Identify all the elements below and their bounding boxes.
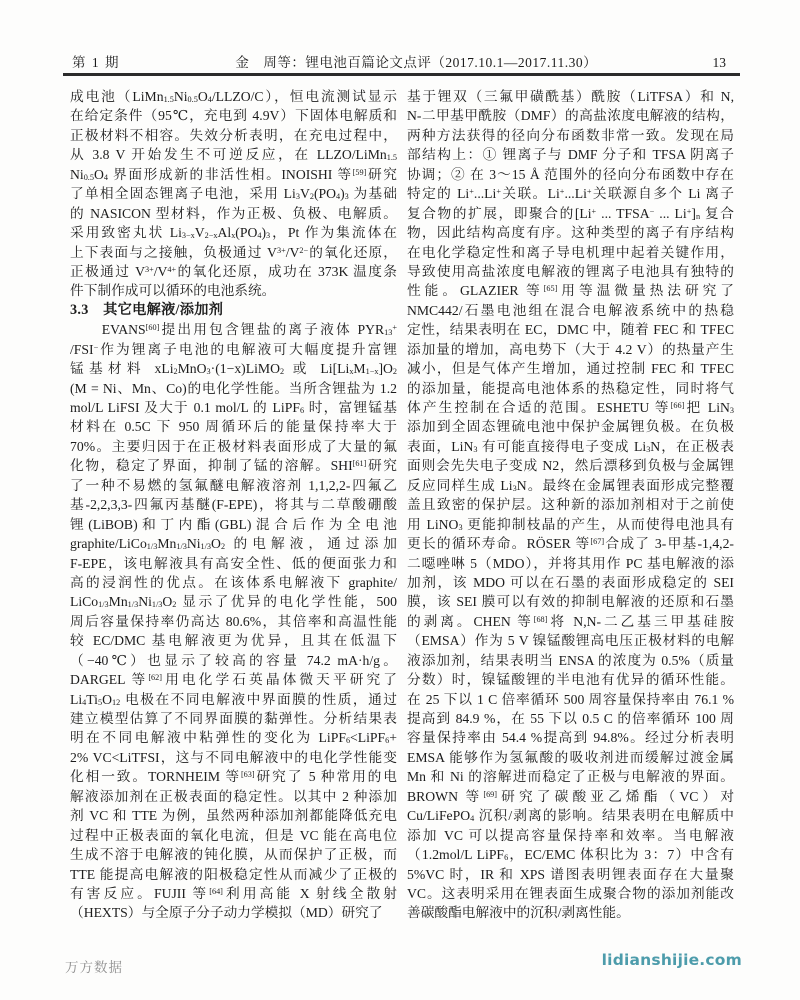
text-line: 更长的循环寿命。RÖSER 等[67]合成了 3-甲基-1,4,2- xyxy=(407,534,734,553)
text-line: 性能。GLAZIER 等[65]用等温微量热法研究了 xyxy=(407,281,734,300)
text-line: 分数）时，镍锰酸锂的半电池有优异的循环性能。 xyxy=(407,670,734,689)
text-line: 了单相全固态锂离子电池，采用 Li3V2(PO4)3 为基础 xyxy=(70,184,397,203)
text-line: Li4Ti5O12 电极在不同电解液中界面膜的性质，通过 xyxy=(70,690,397,709)
text-line: 表面，LiN3 有可能直接得电子变成 Li3N，在正极表 xyxy=(407,437,734,456)
text-line: 加剂，该 MDO 可以在石墨的表面形成稳定的 SEI xyxy=(407,573,734,592)
header-rule xyxy=(63,73,740,76)
text-line: Mn 和 Ni 的溶解进而稳定了正极与电解液的界面。 xyxy=(407,767,734,786)
text-line: graphite/LiCo1/3Mn1/3Ni1/3O2 的电解液，通过添加 xyxy=(70,534,397,553)
text-line: 正极材料不相容。失效分析表明，在充电过程中， xyxy=(70,126,397,145)
text-line: 在 25 下以 1 C 倍率循环 500 周容量保持率由 76.1 % xyxy=(407,690,734,709)
text-line: 明在不同电解液中粘弹性的变化为 LiPF6<LiPF6+ xyxy=(70,728,397,747)
text-line: Cu/LiFePO4 沉积/剥离的影响。结果表明在电解质中 xyxy=(407,806,734,825)
text-line: 化相一致。TORNHEIM 等[63]研究了 5 种常用的电 xyxy=(70,767,397,786)
text-line: Ni0.5O4 界面形成新的非活性相。INOISHI 等[59]研究 xyxy=(70,165,397,184)
text-line: （EMSA）作为 5 V 镍锰酸锂高电压正极材料的电解 xyxy=(407,631,734,650)
text-line: 面则会先失电子变成 N2，然后漂移到负极与金属锂 xyxy=(407,456,734,475)
text-line: 用 LiNO3 更能抑制枝晶的产生，从而使得电池具有 xyxy=(407,515,734,534)
text-line: 的添加量，能提高电池体系的热稳定性，同时将气 xyxy=(407,379,734,398)
text-line: N-二甲基甲酰胺（DMF）的高盐浓度电解液的结构， xyxy=(407,106,734,125)
text-line: 体产生控制在合适的范围。ESHETU 等[66]把 LiN3 xyxy=(407,398,734,417)
text-line: 的 NASICON 型材料，作为正极、负极、电解质。 xyxy=(70,204,397,223)
running-title: 金 周等：锂电池百篇论文点评（2017.10.1—2017.11.30） xyxy=(120,51,713,71)
text-line: 善碳酸酯电解液中的沉积/剥离性能。 xyxy=(407,903,734,922)
text-line: 基-2,2,3,3-四氟丙基醚(F-EPE)，将其与二草酸硼酸 xyxy=(70,495,397,514)
text-line: 的剥离。CHEN 等[68]将 N,N-二乙基三甲基硅胺 xyxy=(407,612,734,631)
text-line: TTE 能提高电解液的阳极稳定性从而减少了正极的 xyxy=(70,865,397,884)
text-line: 膜，该 SEI 膜可以有效的抑制电解液的还原和石墨 xyxy=(407,592,734,611)
text-line: 剂 VC 和 TTE 为例，虽然两种添加剂都能降低充电 xyxy=(70,806,397,825)
text-line: 部结构上：① 锂离子与 DMF 分子和 TFSA 阴离子 xyxy=(407,145,734,164)
text-line: VC。这表明采用在锂表面生成聚合物的添加剂能改 xyxy=(407,884,734,903)
text-line: 有害反应。FUJII 等[64]利用高能 X 射线全散射 xyxy=(70,884,397,903)
text-line: DARGEL 等[62]用电化学石英晶体微天平研究了 xyxy=(70,670,397,689)
text-line: /FSI−作为锂离子电池的电解液可大幅度提升富锂 xyxy=(70,340,397,359)
text-line: 在电化学稳定性和离子导电机理中起着关键作用， xyxy=(407,243,734,262)
text-line: （−40℃）也显示了较高的容量 74.2 mA·h/g。 xyxy=(70,651,397,670)
text-line: 生成不溶于电解液的钝化膜，从而保护了正极，而 xyxy=(70,845,397,864)
text-line: 容量保持率由 54.4 %提高到 94.8%。经过分析表明 xyxy=(407,728,734,747)
text-line: EMSA 能够作为氢氟酸的吸收剂进而缓解过渡金属 xyxy=(407,748,734,767)
text-line: 2% VC<LiTFSI，这与不同电解液中的电化学性能变 xyxy=(70,748,397,767)
text-line: 正极通过 V3+/V4+的氧化还原，成功在 373K 温度条 xyxy=(70,262,397,281)
text-line: NMC442/石墨电池组在混合电解液系统中的热稳 xyxy=(407,301,734,320)
text-line: 在给定条件（95℃，充电到 4.9V）下固体电解质和 xyxy=(70,106,397,125)
text-line: 70%。主要归因于在正极材料表面形成了大量的氟 xyxy=(70,437,397,456)
wanfang-watermark: 万方数据 xyxy=(65,956,123,976)
text-line: 添加 VC 可以提高容量保持率和效率。当电解液 xyxy=(407,826,734,845)
text-line: 导致使用高盐浓度电解液的锂离子电池具有独特的 xyxy=(407,262,734,281)
left-column: 成电池（LiMn1.5Ni0.5O4/LLZO/C），恒电流测试显示在给定条件（… xyxy=(70,87,397,923)
text-line: 了一种不易燃的氢氟醚电解液溶剂 1,1,2,2-四氟乙 xyxy=(70,476,397,495)
text-line: （HEXTS）与全原子分子动力学模拟（MD）研究了 xyxy=(70,903,397,922)
text-line: 件下制作成可以循环的电池系统。 xyxy=(70,281,397,300)
text-line: 液添加剂，结果表明当 ENSA 的浓度为 0.5%（质量 xyxy=(407,651,734,670)
text-line: 化物，稳定了界面，抑制了锰的溶解。SHI[61]研究 xyxy=(70,456,397,475)
text-line: 协调；② 在 3～15 Å 范围外的径向分布函数中存在 xyxy=(407,165,734,184)
text-line: 较 EC/DMC 基电解液更为优异，且其在低温下 xyxy=(70,631,397,650)
text-line: 采用致密丸状 Li3−xV2−xAlx(PO4)3，Pt 作为集流体在 xyxy=(70,223,397,242)
text-line: 材料在 0.5C 下 950 周循环后的能量保持率大于 xyxy=(70,417,397,436)
text-line: 复合物的扩展，即聚合的[Li+ ... TFSA− ... Li+]n 复合 xyxy=(407,204,734,223)
text-line: 定性，结果表明在 EC，DMC 中，随着 FEC 和 TFEC xyxy=(407,320,734,339)
text-line: mol/L LiFSI 及大于 0.1 mol/L 的 LiPF6 时，富锂锰基 xyxy=(70,398,397,417)
text-line: 锂(LiBOB)和丁内酯(GBL)混合后作为全电池 xyxy=(70,515,397,534)
text-line: 过程中正极表面的氧化电流，但是 VC 能在高电位 xyxy=(70,826,397,845)
issue-label: 第 1 期 xyxy=(72,51,120,71)
text-line: 减小，但是气体产生增加，通过控制 FEC 和 TFEC xyxy=(407,359,734,378)
text-line: 锰基材料 xLi2MnO3·(1−x)LiMO2 或 Li[LixM1−x]O2 xyxy=(70,359,397,378)
text-line: 反应同样生成 Li3N。最终在金属锂表面形成完整覆 xyxy=(407,476,734,495)
journal-page: 第 1 期 金 周等：锂电池百篇论文点评（2017.10.1—2017.11.3… xyxy=(0,0,800,1000)
text-line: 周后容量保持率仍高达 80.6%，其倍率和高温性能 xyxy=(70,612,397,631)
text-line: 二噁唑啉 5（MDO），并将其用作 PC 基电解液的添 xyxy=(407,554,734,573)
text-line: 添加量的增加，高电势下（大于 4.2 V）的热量产生 xyxy=(407,340,734,359)
text-line: 从 3.8 V 开始发生不可逆反应，在 LLZO/LiMn1.5 xyxy=(70,145,397,164)
text-line: F-EPE，该电解液具有高安全性、低的便面张力和 xyxy=(70,554,397,573)
text-line: LiCo1/3Mn1/3Ni1/3O2 显示了优异的电化学性能，500 xyxy=(70,592,397,611)
text-line: 添加到全固态锂硫电池中保护金属锂负极。在负极 xyxy=(407,417,734,436)
text-line: 提高到 84.9 %，在 55 下以 0.5 C 的倍率循环 100 周 xyxy=(407,709,734,728)
text-line: 建立模型估算了不同界面膜的黏弹性。分析结果表 xyxy=(70,709,397,728)
site-watermark: lidianshijie.com xyxy=(602,951,742,969)
text-line: 物，因此结构高度有序。这种类型的离子有序结构 xyxy=(407,223,734,242)
text-line: 成电池（LiMn1.5Ni0.5O4/LLZO/C），恒电流测试显示 xyxy=(70,87,397,106)
text-line: 盖且致密的保护层。这种新的添加剂相对于之前使 xyxy=(407,495,734,514)
text-line: 高的浸润性的优点。在该体系电解液下 graphite/ xyxy=(70,573,397,592)
text-line: 两种方法获得的径向分布函数非常一致。发现在局 xyxy=(407,126,734,145)
text-line: 解液添加剂在正极表面的稳定性。以其中 2 种添加 xyxy=(70,787,397,806)
right-column: 基于锂双（三氟甲磺酰基）酰胺（LiTFSA）和 N,N-二甲基甲酰胺（DMF）的… xyxy=(407,87,734,923)
text-line: 上下表面与之接触，负极通过 V3+/V2−的氧化还原， xyxy=(70,243,397,262)
text-line: EVANS[60]提出用包含锂盐的离子液体 PYR13+ xyxy=(70,320,397,339)
article-body: 成电池（LiMn1.5Ni0.5O4/LLZO/C），恒电流测试显示在给定条件（… xyxy=(70,87,734,923)
text-line: 5%VC 时，IR 和 XPS 谱图表明锂表面存在大量聚 xyxy=(407,865,734,884)
text-line: （1.2mol/L LiPF6，EC/EMC 体积比为 3：7）中含有 xyxy=(407,845,734,864)
text-line: 基于锂双（三氟甲磺酰基）酰胺（LiTFSA）和 N, xyxy=(407,87,734,106)
text-line: 特定的 Li+...Li+关联。Li+...Li+关联源自多个 Li 离子 xyxy=(407,184,734,203)
text-line: BROWN 等[69]研究了碳酸亚乙烯酯（VC）对 xyxy=(407,787,734,806)
page-header: 第 1 期 金 周等：锂电池百篇论文点评（2017.10.1—2017.11.3… xyxy=(63,51,740,71)
page-number: 13 xyxy=(713,55,727,71)
section-heading: 3.3 其它电解液/添加剂 xyxy=(70,301,397,320)
text-line: (M = Ni、Mn、Co)的电化学性能。当所含锂盐为 1.2 xyxy=(70,379,397,398)
